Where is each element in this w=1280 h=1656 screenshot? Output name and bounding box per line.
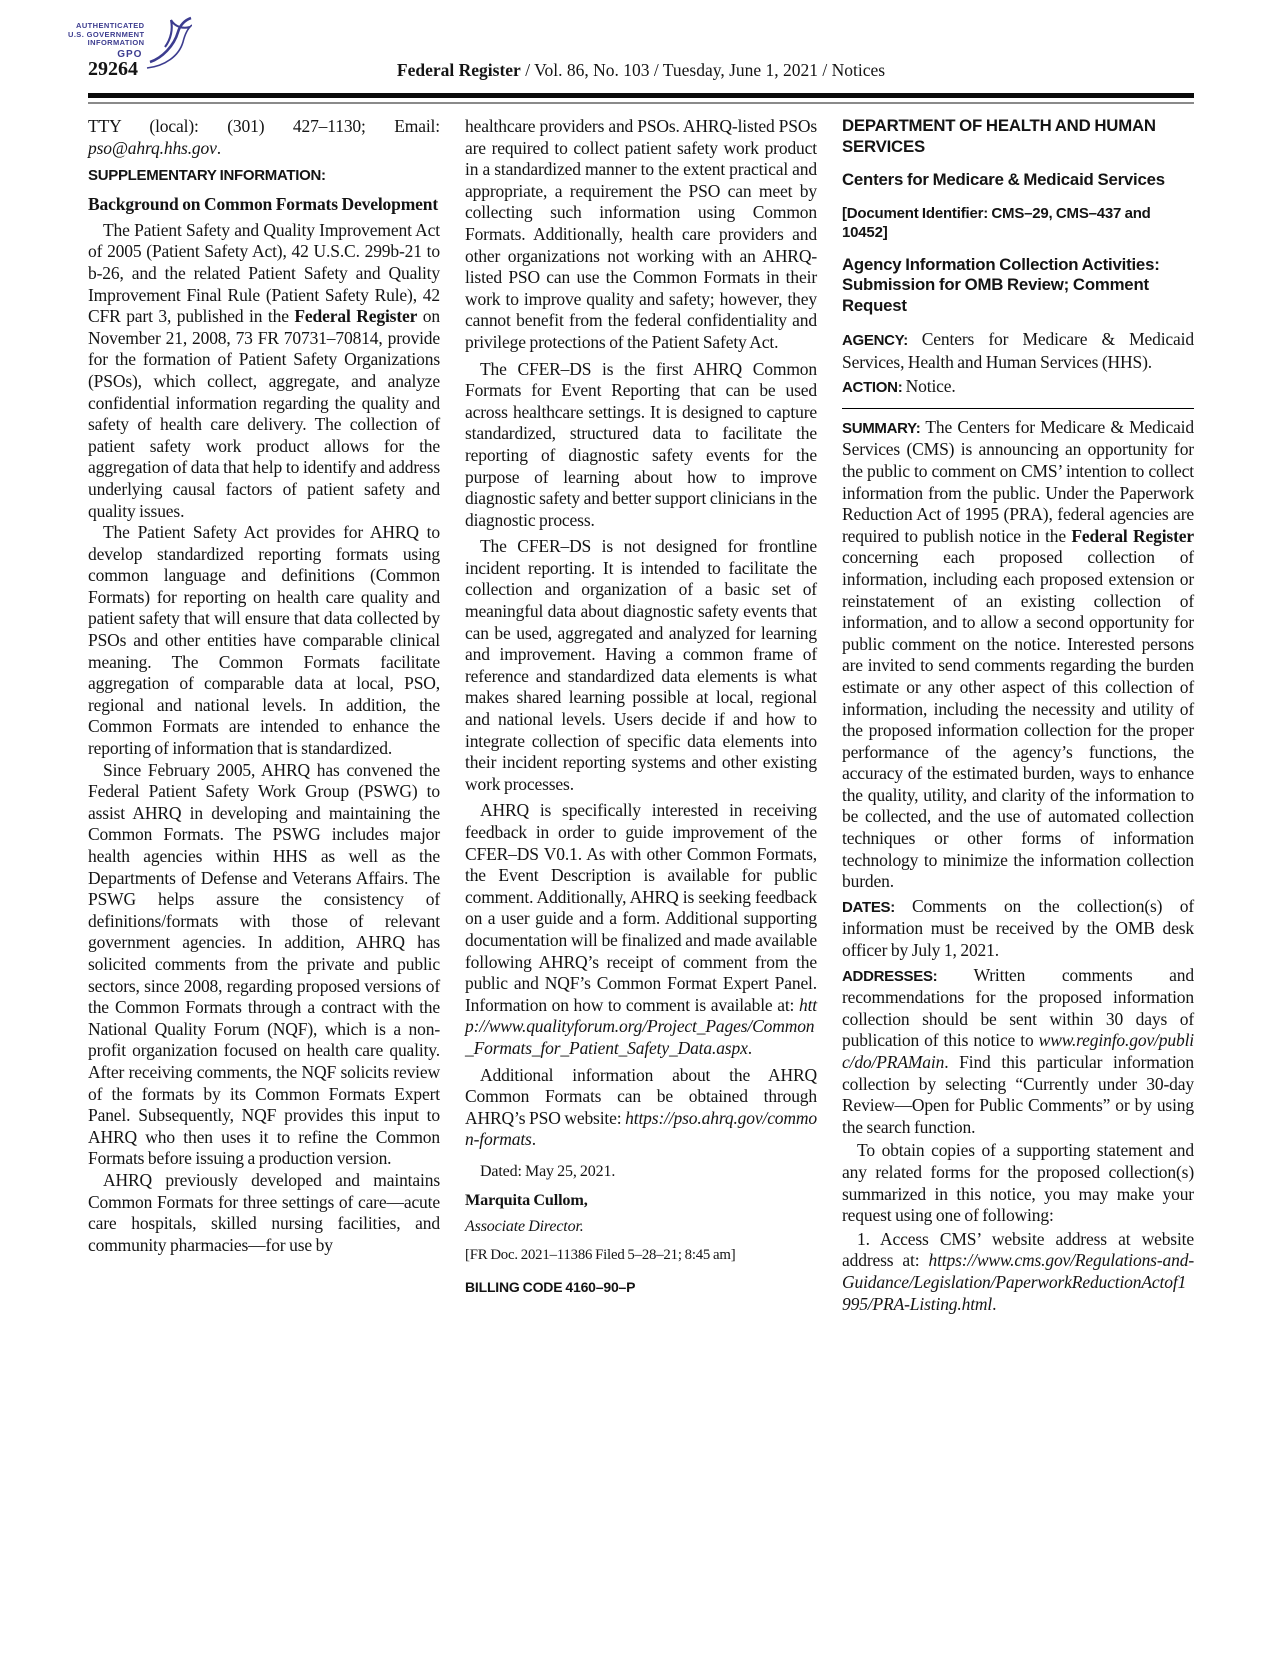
- federal-register-page: AUTHENTICATED U.S. GOVERNMENT INFORMATIO…: [0, 0, 1280, 1656]
- addresses-paragraph: ADDRESSES: Written comments and recommen…: [842, 965, 1194, 1139]
- paragraph-pswg-history: Since February 2005, AHRQ has convened t…: [88, 760, 440, 1170]
- heading-department: DEPARTMENT OF HEALTH AND HUMAN SERVICES: [842, 116, 1194, 157]
- paragraph-common-formats-purpose: The Patient Safety Act provides for AHRQ…: [88, 522, 440, 760]
- paragraph-ahrq-feedback: AHRQ is specifically interested in recei…: [465, 800, 817, 1059]
- summary-paragraph: SUMMARY: The Centers for Medicare & Medi…: [842, 417, 1194, 893]
- logo-line-information: INFORMATION: [68, 39, 144, 48]
- agency-paragraph: AGENCY: Centers for Medicare & Medicaid …: [842, 329, 1194, 373]
- text-segment: BILLING CODE 4160–90–P: [465, 1279, 635, 1295]
- text-segment: Background on Common Formats Development: [88, 194, 438, 214]
- text-segment: .: [992, 1294, 996, 1314]
- heading-cms: Centers for Medicare & Medicaid Services: [842, 170, 1194, 191]
- text-segment: .: [532, 1129, 536, 1149]
- text-segment: To obtain copies of a supporting stateme…: [842, 1140, 1194, 1225]
- header-rule-thick: [88, 93, 1194, 98]
- text-segment: concerning each proposed collection of i…: [842, 547, 1194, 891]
- dates-paragraph: DATES: Comments on the collection(s) of …: [842, 896, 1194, 962]
- document-identifier: [Document Identifier: CMS–29, CMS–437 an…: [842, 204, 1194, 242]
- text-segment: TTY (local): (301) 427–1130; Email:: [88, 116, 440, 136]
- text-segment: healthcare providers and PSOs. AHRQ-list…: [465, 116, 817, 352]
- text-segment: [Document Identifier: CMS–29, CMS–437 an…: [842, 205, 1151, 241]
- text-segment: .: [748, 1038, 752, 1058]
- signature-name: Marquita Cullom,: [465, 1190, 817, 1212]
- text-segment: [FR Doc. 2021–11386 Filed 5–28–21; 8:45 …: [465, 1247, 735, 1263]
- text-segment: on November 21, 2008, 73 FR 70731–70814,…: [88, 306, 440, 520]
- paragraph-tty-contact: TTY (local): (301) 427–1130; Email: pso@…: [88, 116, 440, 159]
- paragraph-patient-safety-act: The Patient Safety and Quality Improveme…: [88, 220, 440, 522]
- text-segment: Since February 2005, AHRQ has convened t…: [88, 760, 440, 1169]
- action-paragraph: ACTION: Notice.: [842, 376, 1194, 399]
- running-head-issue: / Vol. 86, No. 103 / Tuesday, June 1, 20…: [521, 60, 885, 80]
- text-segment: The CFER–DS is not designed for frontlin…: [465, 536, 817, 794]
- paragraph-healthcare-providers: healthcare providers and PSOs. AHRQ-list…: [465, 116, 817, 354]
- text-segment: The CFER–DS is the first AHRQ Common For…: [465, 359, 817, 530]
- gpo-logo-text: AUTHENTICATED U.S. GOVERNMENT INFORMATIO…: [68, 22, 144, 59]
- dated-line: Dated: May 25, 2021.: [465, 1161, 817, 1183]
- text-segment: .: [217, 138, 221, 158]
- column-right: DEPARTMENT OF HEALTH AND HUMAN SERVICESC…: [842, 116, 1194, 1315]
- addresses-label: ADDRESSES:: [842, 968, 974, 985]
- paragraph-cfer-ds-not-designed: The CFER–DS is not designed for frontlin…: [465, 536, 817, 795]
- text-segment: DEPARTMENT OF HEALTH AND HUMAN SERVICES: [842, 116, 1156, 156]
- paragraph-cfer-ds-first: The CFER–DS is the first AHRQ Common For…: [465, 359, 817, 532]
- column-left: TTY (local): (301) 427–1130; Email: pso@…: [88, 116, 440, 1256]
- dates-label: DATES:: [842, 899, 912, 916]
- text-segment: Agency Information Collection Activities…: [842, 255, 1160, 315]
- text-segment: AHRQ is specifically interested in recei…: [465, 800, 817, 1014]
- running-head: Federal Register / Vol. 86, No. 103 / Tu…: [88, 60, 1194, 81]
- paragraph-three-settings: AHRQ previously developed and maintains …: [88, 1170, 440, 1256]
- text-segment: Dated: May 25, 2021.: [480, 1163, 615, 1180]
- agency-label: AGENCY:: [842, 332, 922, 349]
- heading-agency-collection: Agency Information Collection Activities…: [842, 255, 1194, 317]
- fr-doc-line: [FR Doc. 2021–11386 Filed 5–28–21; 8:45 …: [465, 1245, 817, 1267]
- header-rule-thin: [88, 102, 1194, 104]
- paragraph-access-cms-website: 1. Access CMS’ website address at websit…: [842, 1229, 1194, 1315]
- billing-code: BILLING CODE 4160–90–P: [465, 1277, 817, 1299]
- text-segment: Federal Register: [1071, 526, 1194, 546]
- email-address: pso@ahrq.hhs.gov: [88, 138, 217, 158]
- paragraph-additional-information: Additional information about the AHRQ Co…: [465, 1065, 817, 1151]
- column-middle: healthcare providers and PSOs. AHRQ-list…: [465, 116, 817, 1299]
- section-divider-rule: [842, 408, 1194, 409]
- text-segment: The Patient Safety Act provides for AHRQ…: [88, 522, 440, 758]
- signature-title: Associate Director.: [465, 1216, 817, 1238]
- running-head-title: Federal Register: [397, 60, 521, 80]
- text-segment: Marquita Cullom,: [465, 1191, 588, 1209]
- text-segment: Associate Director.: [465, 1218, 584, 1235]
- supplementary-information-label: SUPPLEMENTARY INFORMATION:: [88, 165, 440, 187]
- text-segment: Federal Register: [294, 306, 417, 326]
- heading-background-common-formats: Background on Common Formats Development: [88, 194, 440, 215]
- text-segment: Centers for Medicare & Medicaid Services: [842, 170, 1165, 189]
- text-segment: SUPPLEMENTARY INFORMATION:: [88, 167, 326, 184]
- action-label: ACTION:: [842, 379, 906, 396]
- summary-label: SUMMARY:: [842, 420, 925, 437]
- text-segment: Notice.: [906, 376, 956, 396]
- paragraph-obtain-copies: To obtain copies of a supporting stateme…: [842, 1140, 1194, 1226]
- text-segment: AHRQ previously developed and maintains …: [88, 1170, 440, 1255]
